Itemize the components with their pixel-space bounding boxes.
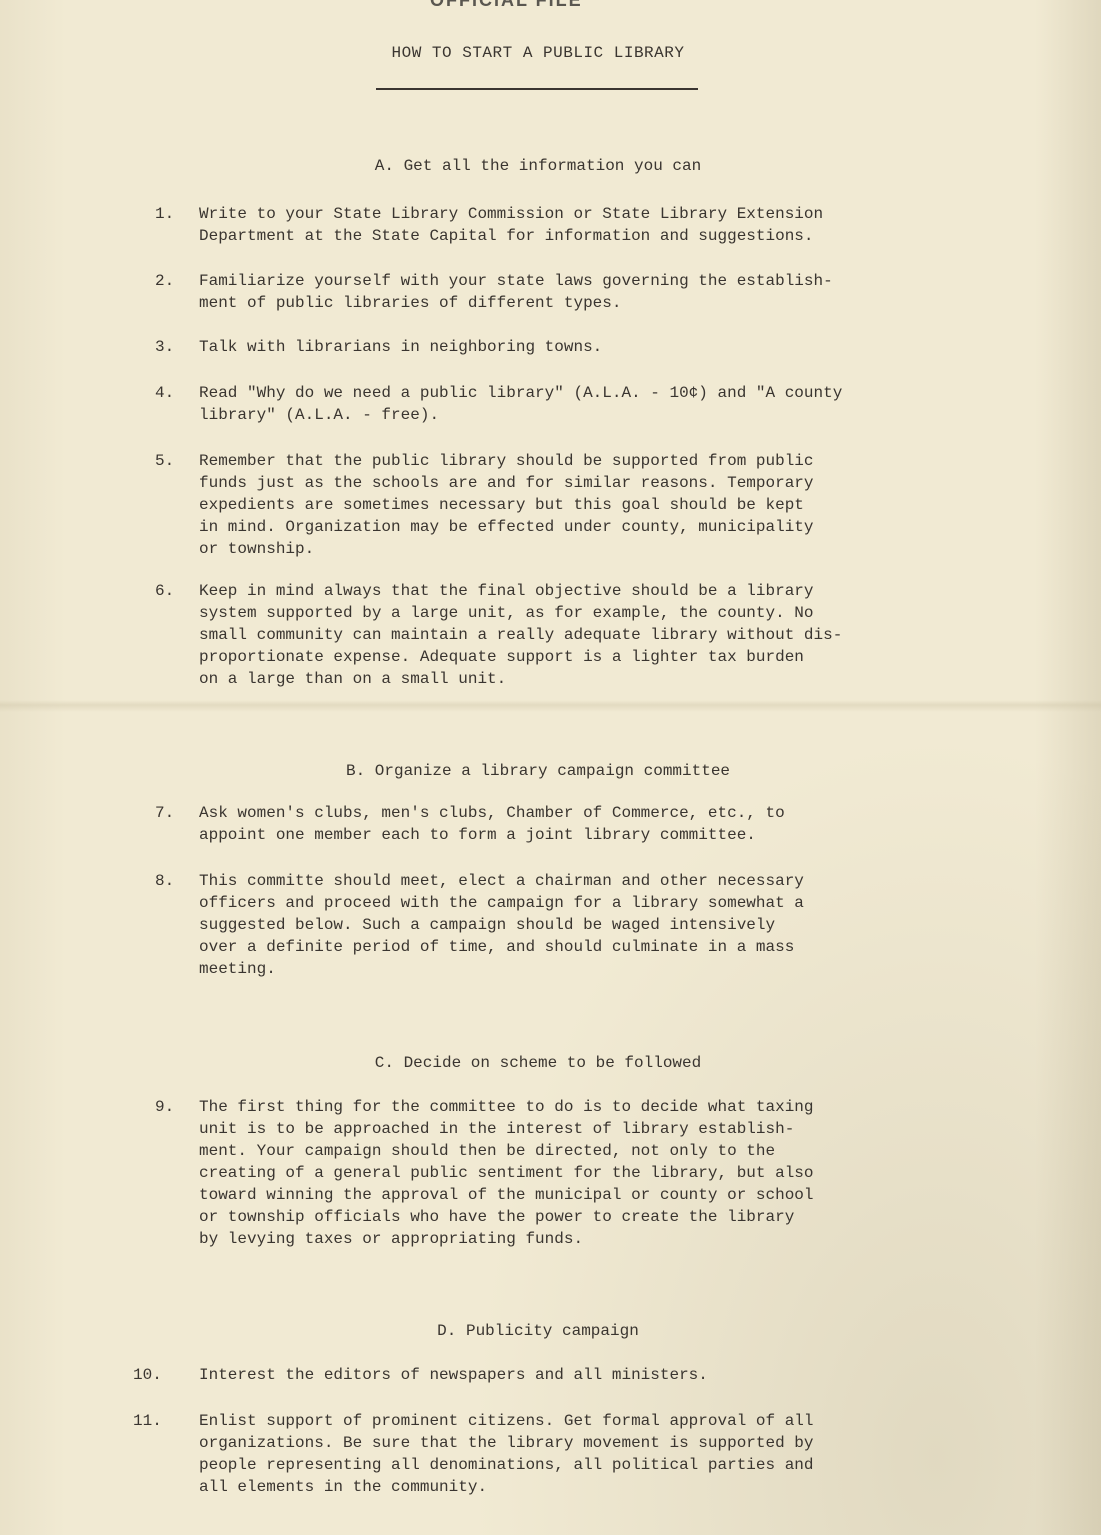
item-number: 1.: [155, 203, 195, 225]
item-text: Enlist support of prominent citizens. Ge…: [199, 1410, 955, 1498]
document-title: HOW TO START A PUBLIC LIBRARY: [0, 44, 1076, 62]
section-heading-d: D. Publicity campaign: [0, 1322, 1076, 1340]
item-number: 8.: [155, 870, 195, 892]
item-text: Interest the editors of newspapers and a…: [199, 1364, 955, 1386]
item-text: Remember that the public library should …: [199, 450, 955, 560]
item-number: 5.: [155, 450, 195, 472]
item-text: Keep in mind always that the final objec…: [199, 580, 955, 690]
item-number: 9.: [155, 1096, 195, 1118]
item-text: Ask women's clubs, men's clubs, Chamber …: [199, 802, 955, 846]
list-item: 10. Interest the editors of newspapers a…: [155, 1364, 955, 1386]
item-text: Familiarize yourself with your state law…: [199, 270, 955, 314]
section-heading-b: B. Organize a library campaign committee: [0, 762, 1076, 780]
item-text: Talk with librarians in neighboring town…: [199, 336, 955, 358]
list-item: 3. Talk with librarians in neighboring t…: [155, 336, 955, 358]
item-text: Read "Why do we need a public library" (…: [199, 382, 955, 426]
item-number: 10.: [133, 1364, 173, 1386]
list-item: 5. Remember that the public library shou…: [155, 450, 955, 560]
item-number: 6.: [155, 580, 195, 602]
item-number: 11.: [133, 1410, 173, 1432]
title-underline: [376, 88, 698, 90]
item-number: 3.: [155, 336, 195, 358]
item-text: Write to your State Library Commission o…: [199, 203, 955, 247]
section-heading-c: C. Decide on scheme to be followed: [0, 1054, 1076, 1072]
list-item: 11. Enlist support of prominent citizens…: [155, 1410, 955, 1498]
list-item: 4. Read "Why do we need a public library…: [155, 382, 955, 426]
list-item: 2. Familiarize yourself with your state …: [155, 270, 955, 314]
list-item: 9. The first thing for the committee to …: [155, 1096, 955, 1250]
list-item: 8. This committe should meet, elect a ch…: [155, 870, 955, 980]
list-item: 1. Write to your State Library Commissio…: [155, 203, 955, 247]
item-number: 4.: [155, 382, 195, 404]
item-number: 7.: [155, 802, 195, 824]
section-heading-a: A. Get all the information you can: [0, 157, 1076, 175]
item-number: 2.: [155, 270, 195, 292]
item-text: This committe should meet, elect a chair…: [199, 870, 955, 980]
official-file-stamp: OFFICIAL FILE: [430, 0, 583, 11]
list-item: 6. Keep in mind always that the final ob…: [155, 580, 955, 690]
list-item: 7. Ask women's clubs, men's clubs, Chamb…: [155, 802, 955, 846]
item-text: The first thing for the committee to do …: [199, 1096, 955, 1250]
